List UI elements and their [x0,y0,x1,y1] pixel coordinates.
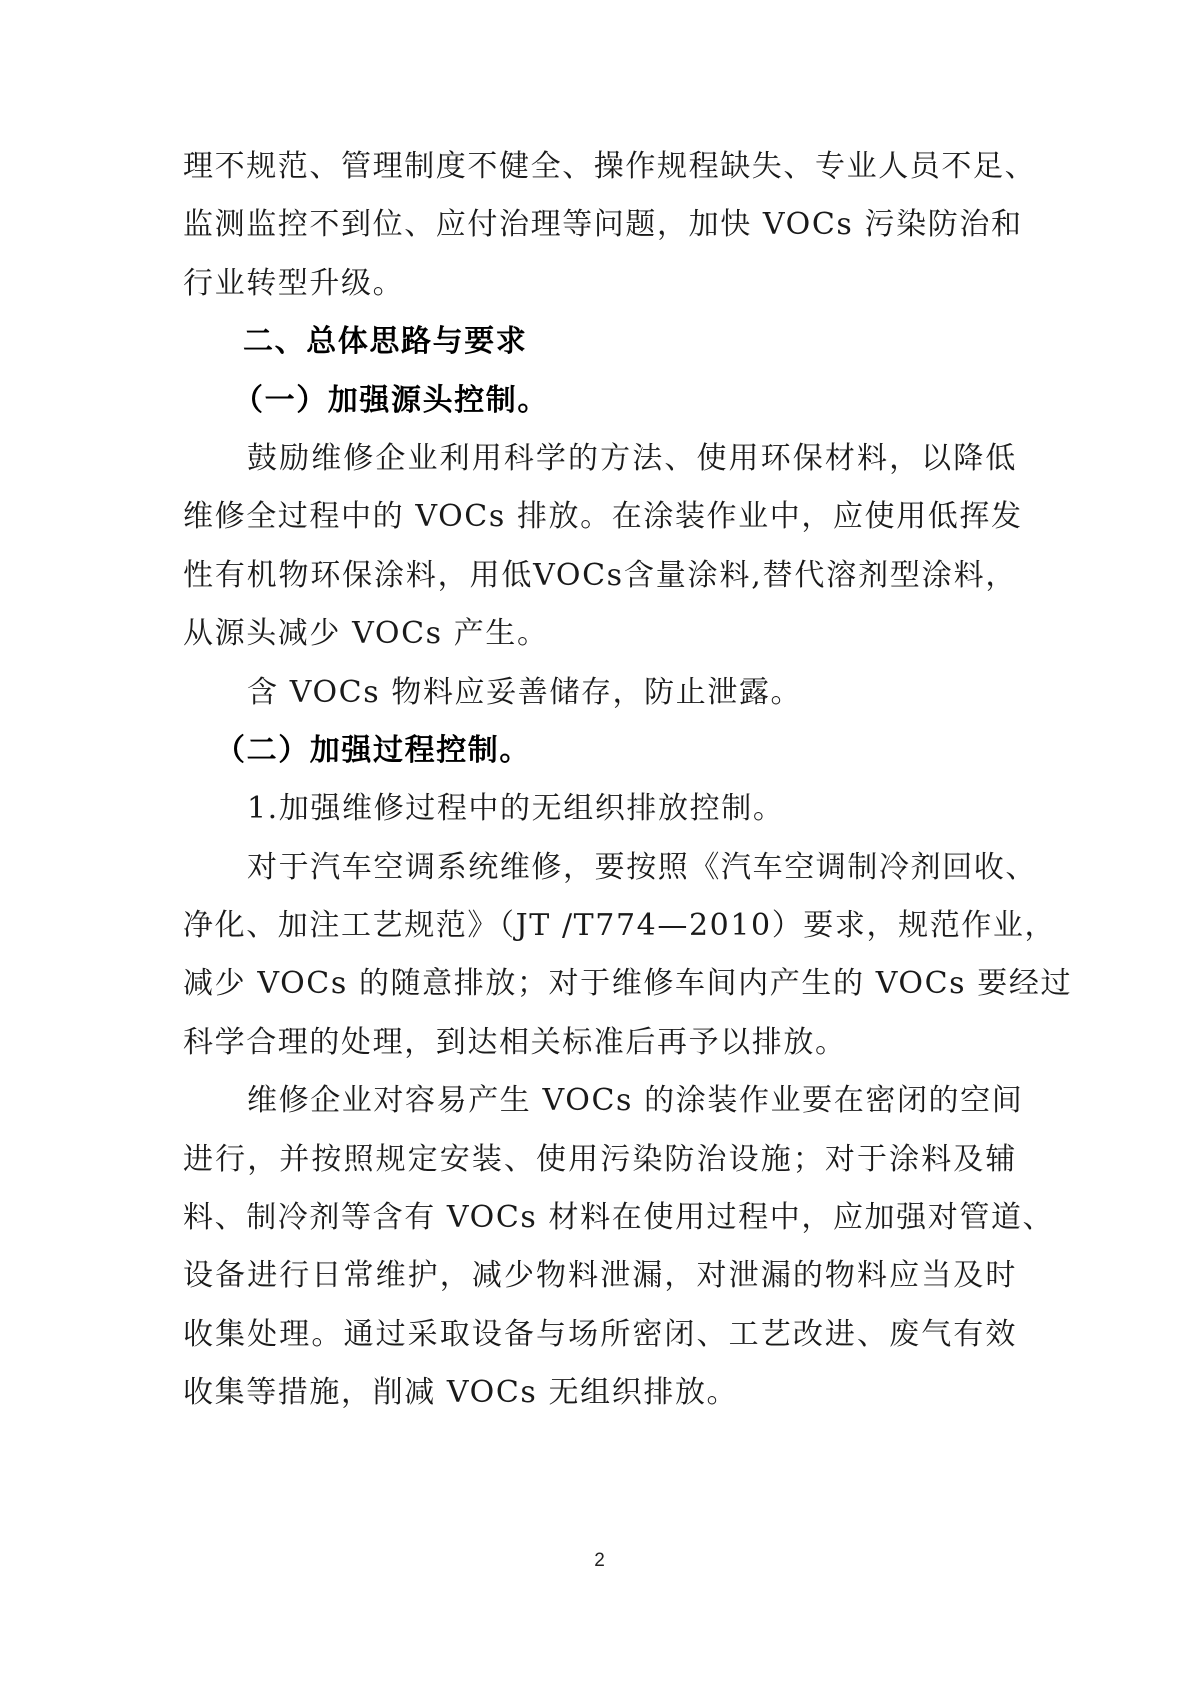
document-body: 理不规范、管理制度不健全、操作规程缺失、专业人员不足、 监测监控不到位、应付治理… [183,138,1017,1423]
paragraph-line: 科学合理的处理，到达相关标准后再予以排放。 [183,1014,1017,1072]
paragraph-line: 监测监控不到位、应付治理等问题，加快 VOCs 污染防治和 [183,196,1017,254]
document-page: 理不规范、管理制度不健全、操作规程缺失、专业人员不足、 监测监控不到位、应付治理… [0,0,1199,1696]
subsection-heading: （二）加强过程控制。 [183,722,1017,780]
paragraph-line: 收集等措施，削减 VOCs 无组织排放。 [183,1364,1017,1422]
paragraph-line: 性有机物环保涂料，用低VOCs含量涂料,替代溶剂型涂料， [183,547,1017,605]
paragraph-line: 对于汽车空调系统维修，要按照《汽车空调制冷剂回收、 [183,839,1017,897]
paragraph-line: 料、制冷剂等含有 VOCs 材料在使用过程中，应加强对管道、 [183,1189,1017,1247]
paragraph-line: 维修全过程中的 VOCs 排放。在涂装作业中，应使用低挥发 [183,488,1017,546]
paragraph-line: 维修企业对容易产生 VOCs 的涂装作业要在密闭的空间 [183,1072,1017,1130]
paragraph-line: 含 VOCs 物料应妥善储存，防止泄露。 [183,664,1017,722]
paragraph-line: 进行，并按照规定安装、使用污染防治设施；对于涂料及辅 [183,1131,1017,1189]
page-number: 2 [0,1550,1199,1572]
paragraph-line: 收集处理。通过采取设备与场所密闭、工艺改进、废气有效 [183,1306,1017,1364]
paragraph-line: 减少 VOCs 的随意排放；对于维修车间内产生的 VOCs 要经过 [183,955,1017,1013]
paragraph-line: 从源头减少 VOCs 产生。 [183,605,1017,663]
subsection-heading: （一）加强源头控制。 [183,372,1017,430]
list-item-heading: 1.加强维修过程中的无组织排放控制。 [183,780,1017,838]
paragraph-line: 理不规范、管理制度不健全、操作规程缺失、专业人员不足、 [183,138,1017,196]
paragraph-line: 净化、加注工艺规范》（JT /T774—2010）要求，规范作业， [183,897,1017,955]
section-heading: 二、总体思路与要求 [183,313,1017,371]
paragraph-line: 鼓励维修企业利用科学的方法、使用环保材料，以降低 [183,430,1017,488]
paragraph-line: 设备进行日常维护，减少物料泄漏，对泄漏的物料应当及时 [183,1247,1017,1305]
paragraph-line: 行业转型升级。 [183,255,1017,313]
